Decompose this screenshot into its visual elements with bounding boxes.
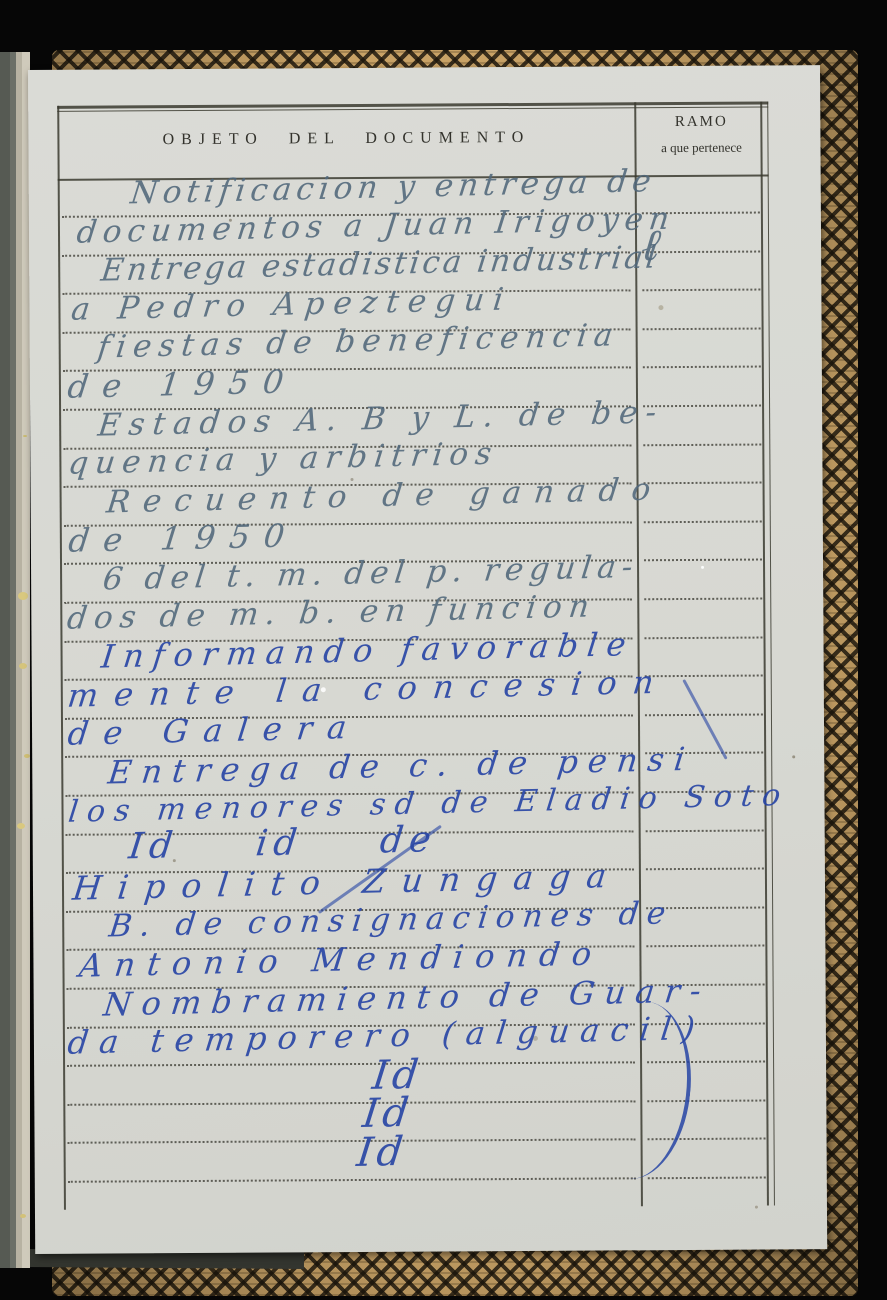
handwritten-entry: de 1950: [66, 365, 299, 402]
ramo-column-title: RAMO: [636, 113, 766, 131]
handwritten-entry: fiestas de beneficencia: [96, 321, 621, 364]
handwritten-entry: Id: [355, 1132, 409, 1173]
ruled-dotted-line: [67, 1061, 635, 1066]
handwritten-entry: Estados A. B y L. de be-: [96, 397, 666, 441]
handwritten-entry: Entrega estadistica industrial: [99, 243, 660, 287]
ruled-dotted-line: [646, 945, 764, 948]
ruled-dotted-line: [644, 520, 762, 523]
ruled-dotted-line: [67, 1100, 635, 1105]
scanned-register-photo: OBJETO DEL DOCUMENTO RAMO a que pertenec…: [0, 0, 887, 1300]
book-spine: [0, 52, 30, 1268]
ruled-dotted-line: [642, 289, 760, 292]
page-paper: OBJETO DEL DOCUMENTO RAMO a que pertenec…: [28, 65, 827, 1254]
object-column-title: OBJETO DEL DOCUMENTO: [57, 128, 635, 150]
handwritten-entry: de 1950: [67, 520, 300, 557]
ink-stray-tail: ℓ: [639, 224, 663, 268]
spine-glue-spots: [18, 592, 28, 600]
handwritten-entry: quencia y arbitrios: [67, 439, 500, 480]
handwritten-entry: Recuento de ganado: [105, 474, 665, 518]
frame-right-outer-line: [767, 101, 775, 1205]
handwritten-entry: a Pedro Apeztegui: [70, 284, 514, 325]
ramo-column-subtitle: a que pertenece: [636, 139, 766, 156]
frame-left-line: [57, 106, 66, 1210]
ruled-dotted-line: [643, 327, 761, 330]
ruled-dotted-line: [646, 829, 764, 832]
handwritten-entry: de Galera: [66, 711, 363, 750]
ruled-dotted-line: [643, 443, 761, 446]
ruled-dotted-line: [68, 1177, 636, 1182]
ruled-dotted-line: [646, 868, 764, 871]
ruled-dotted-line: [648, 1177, 766, 1180]
ruled-dotted-line: [643, 366, 761, 369]
ruled-dotted-line: [68, 1139, 636, 1144]
ruled-dotted-line: [644, 598, 762, 601]
ruled-dotted-line: [644, 559, 762, 562]
ruled-dotted-line: [644, 636, 762, 639]
